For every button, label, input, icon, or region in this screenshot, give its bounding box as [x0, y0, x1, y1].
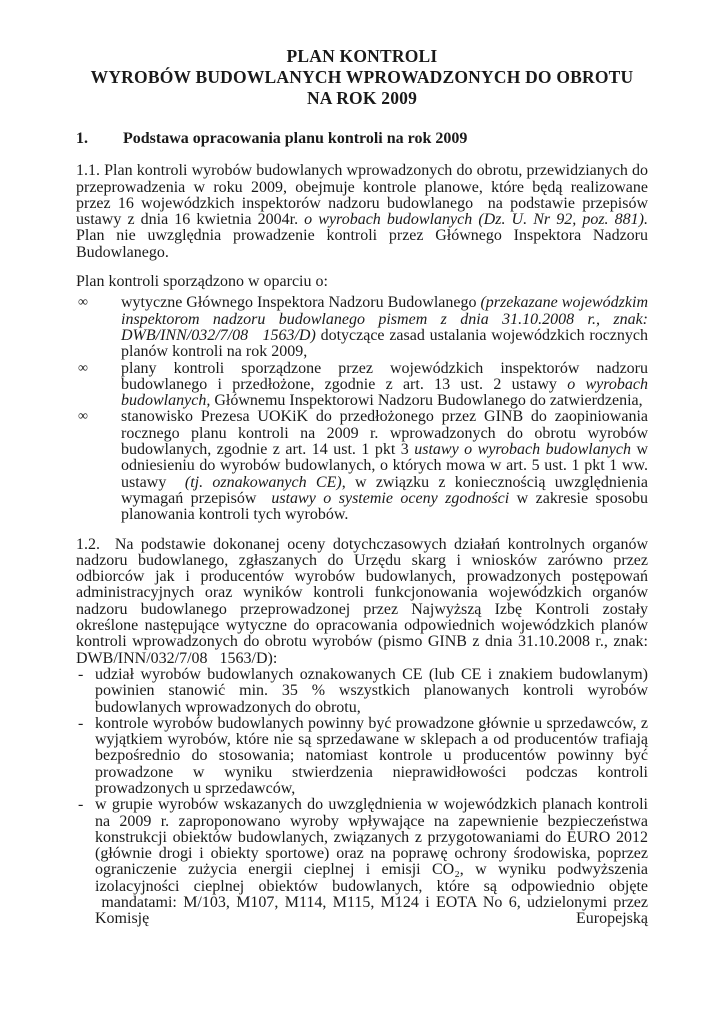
- section-1-number: 1.: [76, 131, 123, 147]
- dash-marker: -: [76, 716, 95, 797]
- section-1-heading: 1. Podstawa opracowania planu kontroli n…: [76, 131, 648, 147]
- bullet-item-2: ∞ plany kontroli sporządzone przez wojew…: [76, 361, 648, 410]
- infinity-bullet-icon: ∞: [76, 361, 121, 410]
- paragraph-1-2: 1.2. Na podstawie dokonanej oceny dotych…: [76, 537, 648, 667]
- bullet-item-2-text: plany kontroli sporządzone przez wojewód…: [121, 361, 648, 410]
- text-run: w grupie wyrobów wskazanych do uwzględni…: [95, 796, 648, 927]
- dash-item-1-text: udział wyrobów budowlanych oznakowanych …: [95, 667, 648, 716]
- italic-text-run: ustawy o wyrobach budowlanych: [414, 441, 631, 458]
- text-run: Głównemu Inspektorowi Nadzoru Budowlaneg…: [210, 392, 642, 409]
- section-1-title: Podstawa opracowania planu kontroli na r…: [123, 131, 648, 147]
- bullet-item-3-text: stanowisko Prezesa UOKiK do przedłożoneg…: [121, 409, 648, 523]
- list-intro-line: Plan kontroli sporządzono w oparciu o:: [76, 274, 648, 290]
- title-line-2: WYROBÓW BUDOWLANYCH WPROWADZONYCH DO OBR…: [76, 67, 648, 88]
- dash-marker: -: [76, 797, 95, 927]
- text-run: udział wyrobów budowlanych oznakowanych …: [95, 666, 648, 716]
- title-line-3: NA ROK 2009: [76, 88, 648, 109]
- dash-marker: -: [76, 667, 95, 716]
- dash-item-3-text: w grupie wyrobów wskazanych do uwzględni…: [95, 797, 648, 927]
- infinity-bullet-icon: ∞: [76, 409, 121, 523]
- italic-text-run: (tj. oznakowanych CE): [185, 474, 342, 491]
- bullet-item-1: ∞ wytyczne Głównego Inspektora Nadzoru B…: [76, 295, 648, 360]
- document-title: PLAN KONTROLI WYROBÓW BUDOWLANYCH WPROWA…: [76, 46, 648, 109]
- dash-item-2-text: kontrole wyrobów budowlanych powinny być…: [95, 716, 648, 797]
- text-run: wytyczne Głównego Inspektora Nadzoru Bud…: [121, 294, 480, 311]
- text-run: kontrole wyrobów budowlanych powinny być…: [95, 715, 648, 797]
- infinity-bullet-list: ∞ wytyczne Głównego Inspektora Nadzoru B…: [76, 295, 648, 523]
- document-page: PLAN KONTROLI WYROBÓW BUDOWLANYCH WPROWA…: [0, 0, 724, 1024]
- bullet-item-3: ∞ stanowisko Prezesa UOKiK do przedłożon…: [76, 409, 648, 523]
- italic-text-run: o wyrobach budowlanych (Dz. U. Nr 92, po…: [304, 211, 648, 228]
- dash-list: - udział wyrobów budowlanych oznakowanyc…: [76, 667, 648, 928]
- bullet-item-1-text: wytyczne Głównego Inspektora Nadzoru Bud…: [121, 295, 648, 360]
- paragraph-1-1: 1.1. Plan kontroli wyrobów budowlanych w…: [76, 163, 648, 261]
- text-run: 1.2. Na podstawie dokonanej oceny dotych…: [76, 536, 648, 667]
- infinity-bullet-icon: ∞: [76, 295, 121, 360]
- title-line-1: PLAN KONTROLI: [76, 46, 648, 67]
- italic-text-run: ustawy o systemie oceny zgodności: [271, 490, 509, 507]
- dash-item-3: - w grupie wyrobów wskazanych do uwzględ…: [76, 797, 648, 927]
- text-run: Plan nie uwzględnia prowadzenie kontroli…: [76, 227, 648, 260]
- dash-item-2: - kontrole wyrobów budowlanych powinny b…: [76, 716, 648, 797]
- dash-item-1: - udział wyrobów budowlanych oznakowanyc…: [76, 667, 648, 716]
